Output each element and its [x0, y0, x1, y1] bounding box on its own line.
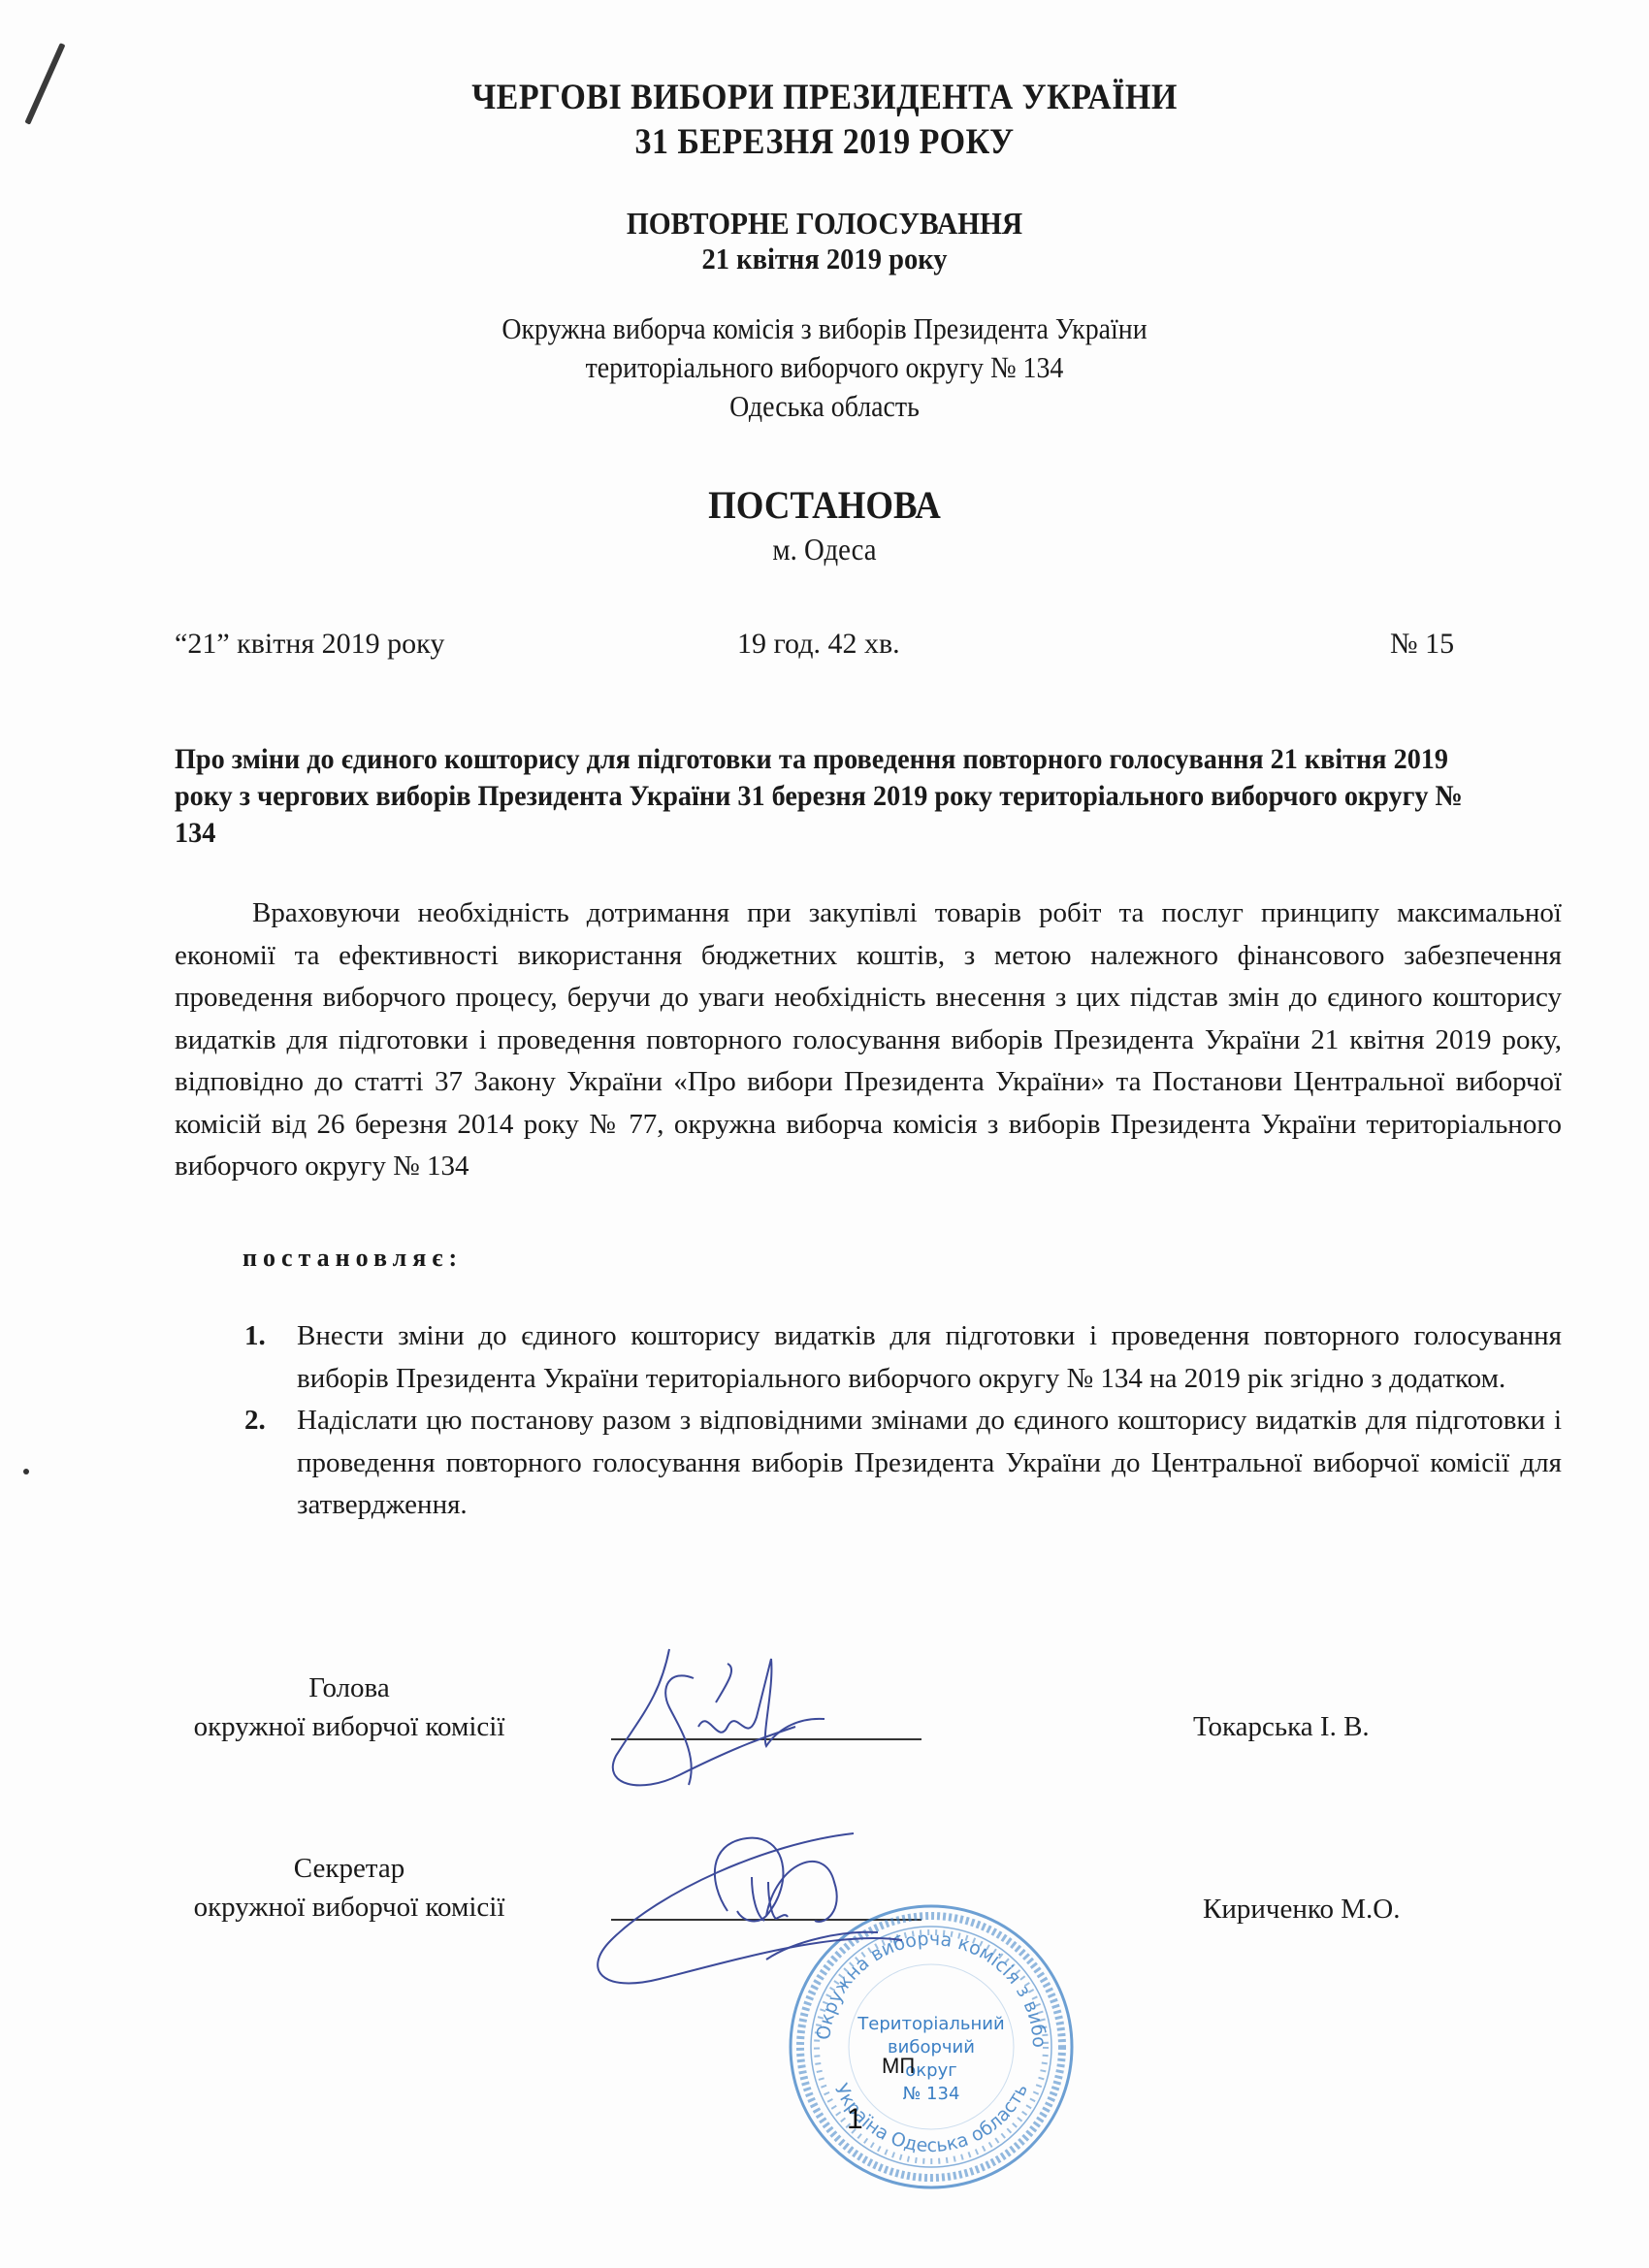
runoff-title: ПОВТОРНЕ ГОЛОСУВАННЯ: [66, 204, 1583, 243]
secretary-role-body: окружної виборчої комісії: [155, 1888, 543, 1927]
region-name: Одеська область: [82, 388, 1567, 425]
election-title: ЧЕРГОВІ ВИБОРИ ПРЕЗИДЕНТА УКРАЇНИ: [66, 76, 1583, 120]
secretary-name: Кириченко М.О.: [1203, 1890, 1400, 1928]
preamble-paragraph: Враховуючи необхідність дотримання при з…: [175, 892, 1562, 1188]
chair-role: Голова окружної виборчої комісії: [155, 1669, 543, 1746]
svg-text:№ 134: № 134: [903, 2084, 960, 2104]
chair-role-title: Голова: [155, 1669, 543, 1707]
document-page: ЧЕРГОВІ ВИБОРИ ПРЕЗИДЕНТА УКРАЇНИ 31 БЕР…: [0, 0, 1649, 2268]
document-time: 19 год. 42 хв.: [737, 627, 900, 662]
seal-label: МП: [882, 2054, 915, 2079]
secretary-role-title: Секретар: [155, 1849, 543, 1888]
resolution-items: 1. Внести зміни до єдиного кошторису вид…: [233, 1315, 1562, 1527]
scan-dot: [23, 1469, 29, 1474]
pen-mark: [24, 43, 65, 125]
item-text: Внести зміни до єдиного кошторису видатк…: [297, 1320, 1562, 1394]
item-number: 1.: [244, 1315, 266, 1358]
commission-name: Окружна виборча комісія з виборів Презид…: [82, 310, 1567, 347]
resolves-label: постановляє:: [242, 1244, 463, 1273]
document-number: № 15: [1390, 627, 1454, 662]
resolution-item: 2. Надіслати цю постанову разом з відпов…: [233, 1400, 1562, 1527]
secretary-role: Секретар окружної виборчої комісії: [155, 1849, 543, 1927]
chair-signature: [601, 1639, 912, 1814]
election-date: 31 БЕРЕЗНЯ 2019 РОКУ: [66, 120, 1583, 165]
runoff-date: 21 квітня 2019 року: [66, 241, 1583, 277]
page-number: 1: [847, 2103, 863, 2136]
document-date: “21” квітня 2019 року: [175, 627, 444, 662]
resolution-item: 1. Внести зміни до єдиного кошторису вид…: [233, 1315, 1562, 1400]
document-city: м. Одеса: [82, 530, 1567, 568]
document-subject: Про зміни до єдиного кошторису для підго…: [175, 741, 1478, 852]
secretary-signature: [543, 1824, 912, 1998]
document-type: ПОСТАНОВА: [66, 482, 1583, 529]
district-name: територіального виборчого округу № 134: [82, 349, 1567, 386]
svg-text:Територіальний: Територіальний: [857, 2014, 1004, 2034]
chair-name: Токарська І. В.: [1193, 1707, 1370, 1746]
item-number: 2.: [244, 1400, 266, 1442]
item-text: Надіслати цю постанову разом з відповідн…: [297, 1405, 1562, 1520]
chair-role-body: окружної виборчої комісії: [155, 1707, 543, 1746]
